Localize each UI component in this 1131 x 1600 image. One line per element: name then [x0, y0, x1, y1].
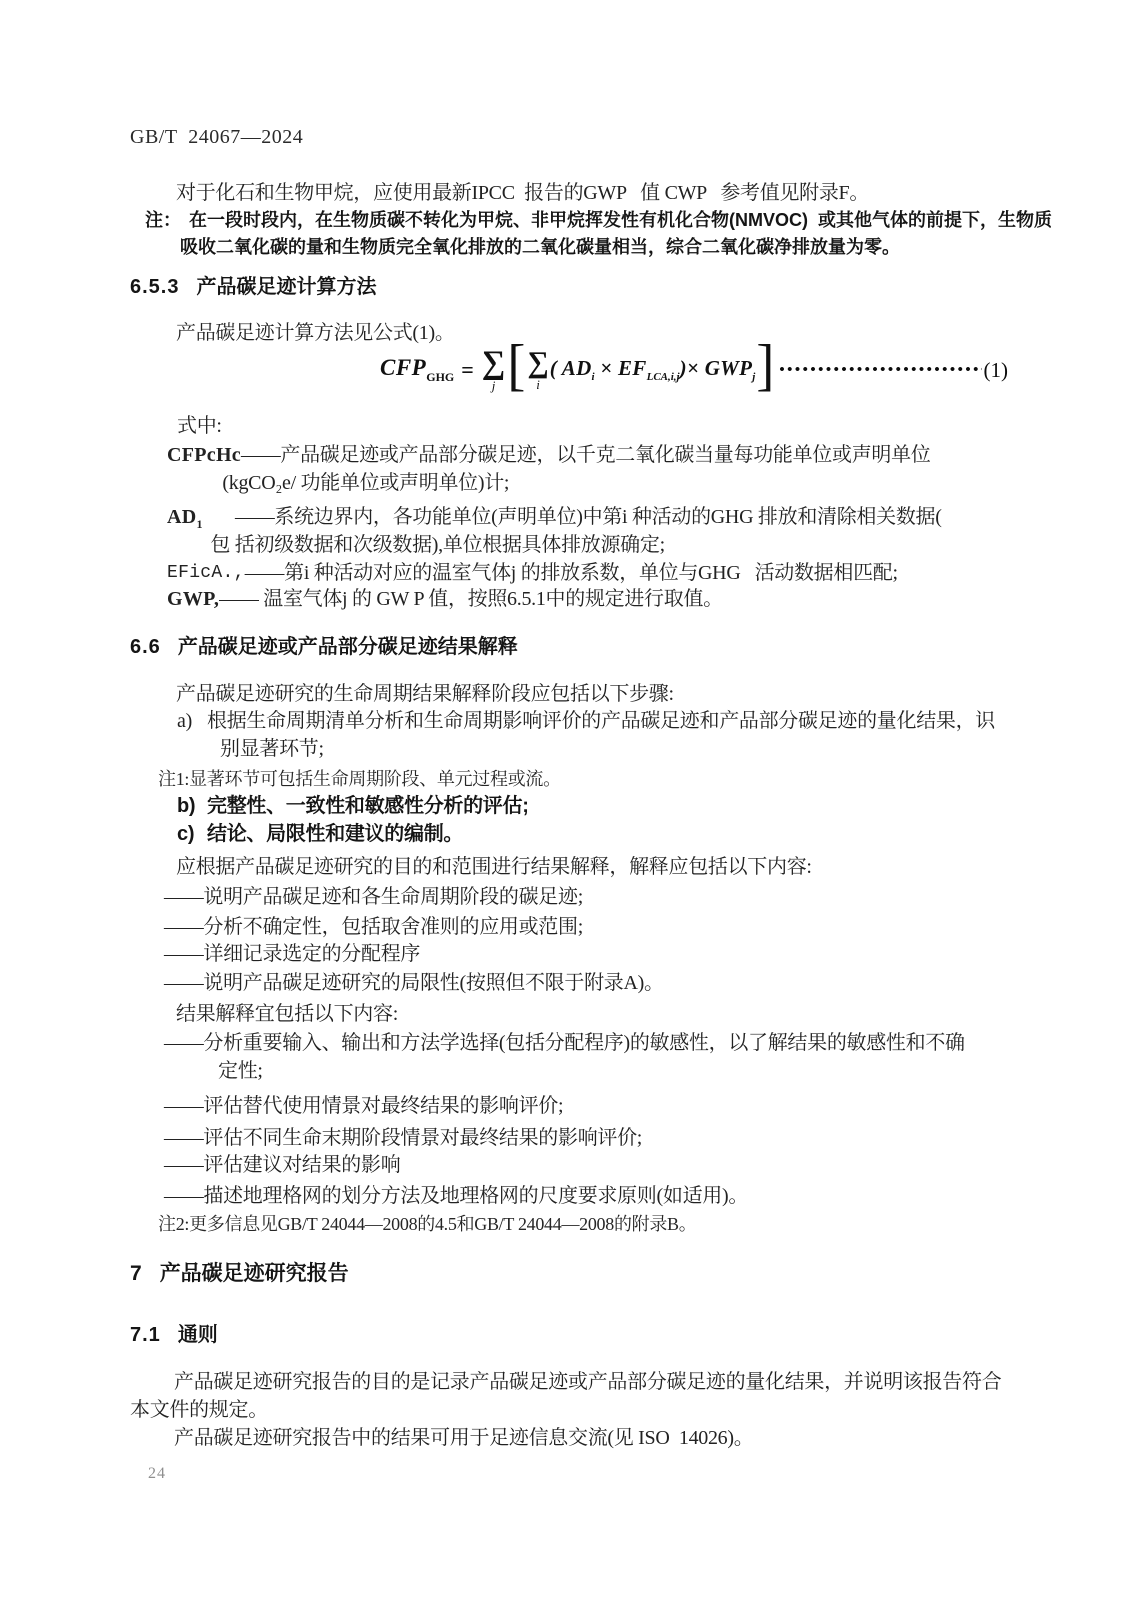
heading-title: 产品碳足迹研究报告 [160, 1262, 349, 1285]
formula-number: (1) [984, 358, 1009, 383]
dash-item-4: ——说明产品碳足迹研究的局限性(按照但不限于附录A)。 [164, 969, 664, 997]
def-text-ef: 第i 种活动对应的温室气体j 的排放系数，单位与GHG 活动数据相匹配; [284, 559, 898, 587]
where-label: 式中: [177, 412, 222, 440]
open-bracket: [ [507, 342, 525, 390]
heading-number: 6.5.3 [130, 276, 179, 298]
heading-title: 通则 [178, 1324, 218, 1346]
definition-cfp: CFPcHc——产品碳足迹或产品部分碳足迹，以千克二氧化碳当量每功能单位或声明单… [167, 441, 931, 497]
dash-item-2: ——分析不确定性，包括取舍准则的应用或范围; [164, 913, 583, 941]
item-c-label: c) [177, 820, 207, 848]
heading-number: 7 [130, 1262, 143, 1285]
heading-6-6: 6.6产品碳足迹或产品部分碳足迹结果解释 [130, 634, 518, 660]
heading-number: 7.1 [130, 1324, 161, 1346]
page-content: GB/T 24067—2024 对于化石和生物甲烷，应使用最新IPCC 报告的G… [130, 0, 1008, 1600]
intro-paragraph: 对于化石和生物甲烷，应使用最新IPCC 报告的GWP 值 CWP 参考值见附录F… [176, 179, 869, 207]
dash-item-5: ——分析重要输入、输出和方法学选择(包括分配程序)的敏感性，以了解结果的敏感性和… [164, 1029, 965, 1085]
equals-sign: = [461, 357, 474, 383]
dash-item-8: ——评估建议对结果的影响 [164, 1151, 400, 1179]
definition-ad: AD1——系统边界内，各功能单位(声明单位)中第i 种活动的GHG 排放和清除相… [167, 503, 942, 559]
definition-gwp: GWP,—— 温室气体j 的 GW P 值，按照6.5.1中的规定进行取值。 [167, 585, 723, 613]
para-7-1-line3: 产品碳足迹研究报告中的结果可用于足迹信息交流(见 ISO 14026)。 [174, 1424, 753, 1452]
note-2: 注2:更多信息见GB/T 24044—2008的4.5和GB/T 24044—2… [158, 1210, 696, 1236]
para-7-1-line1: 产品碳足迹研究报告的目的是记录产品碳足迹或产品部分碳足迹的量化结果，并说明该报告… [174, 1368, 1001, 1396]
list-item-b: b) 完整性、一致性和敏感性分析的评估; [177, 792, 529, 820]
heading-6-5-3: 6.5.3产品碳足迹计算方法 [130, 274, 376, 300]
item-a-label: a) [177, 707, 207, 763]
note-text-line1: 在一段时段内，在生物质碳不转化为甲烷、非甲烷挥发性有机化合物(NMVOC) 或其… [189, 210, 1052, 230]
dash-item-1: ——说明产品碳足迹和各生命周期阶段的碳足迹; [164, 883, 583, 911]
para-interpretation-shall: 应根据产品碳足迹研究的目的和范围进行结果解释，解释应包括以下内容: [176, 853, 812, 881]
item-c-text: 结论、局限性和建议的编制。 [207, 820, 463, 848]
close-bracket: ] [756, 342, 774, 390]
def-dash: —— [245, 559, 284, 587]
formula-lhs: CFPGHG [380, 355, 454, 385]
def-dash: —— [241, 441, 280, 469]
heading-title: 产品碳足迹计算方法 [196, 276, 376, 298]
heading-7-1: 7.1通则 [130, 1322, 218, 1348]
def-dash: —— [235, 503, 274, 531]
list-item-a: a) 根据生命周期清单分析和生命周期影响评价的产品碳足迹和产品部分碳足迹的量化结… [177, 707, 995, 763]
outer-sum-symbol: ∑j [482, 348, 506, 392]
dash-item-6: ——评估替代使用情景对最终结果的影响评价; [164, 1092, 563, 1120]
def-text-cfp: 产品碳足迹或产品部分碳足迹，以千克二氧化碳当量每功能单位或声明单位(kgCO₂e… [280, 441, 930, 497]
formula-dot-leader: •••••••••••••••••••••••••••••••••• [779, 362, 981, 379]
formula-expression: ( ADi × EFLCA,i,j)× GWPj [550, 356, 756, 383]
standard-number-header: GB/T 24067—2024 [130, 126, 303, 149]
inner-sum-symbol: ∑i [527, 349, 548, 391]
para-interpretation-should: 结果解释宜包括以下内容: [176, 1000, 398, 1028]
list-item-c: c) 结论、局限性和建议的编制。 [177, 820, 463, 848]
item-b-text: 完整性、一致性和敏感性分析的评估; [207, 792, 529, 820]
note-biogenic-line2: 吸收二氧化碳的量和生物质完全氧化排放的二氧化碳量相当，综合二氧化碳净排放量为零。 [180, 234, 900, 261]
page-number: 24 [148, 1465, 166, 1483]
def-text-ad: 系统边界内，各功能单位(声明单位)中第i 种活动的GHG 排放和清除相关数据(包… [274, 503, 941, 559]
dash-item-7: ——评估不同生命末期阶段情景对最终结果的影响评价; [164, 1124, 642, 1152]
item-b-label: b) [177, 792, 207, 820]
def-term-ef: EFicA., [167, 559, 245, 587]
item-a-text: 根据生命周期清单分析和生命周期影响评价的产品碳足迹和产品部分碳足迹的量化结果，识… [207, 707, 995, 763]
def-dash: —— [219, 585, 258, 613]
definition-ef: EFicA.,——第i 种活动对应的温室气体j 的排放系数，单位与GHG 活动数… [167, 559, 898, 587]
def-term-gwp: GWP, [167, 585, 219, 613]
dash-item-3: ——详细记录选定的分配程序 [164, 940, 420, 968]
note-label: 注： [145, 210, 181, 230]
def-text-gwp: 温室气体j 的 GW P 值，按照6.5.1中的规定进行取值。 [259, 585, 723, 613]
heading-number: 6.6 [130, 636, 161, 658]
note-1: 注1:显著环节可包括生命周期阶段、单元过程或流。 [158, 765, 561, 791]
para-7-1-line2: 本文件的规定。 [130, 1396, 268, 1424]
note-biogenic-line1: 注：在一段时段内，在生物质碳不转化为甲烷、非甲烷挥发性有机化合物(NMVOC) … [145, 207, 1052, 234]
def-term-cfp: CFPcHc [167, 441, 241, 469]
heading-title: 产品碳足迹或产品部分碳足迹结果解释 [178, 636, 518, 658]
heading-7: 7产品碳足迹研究报告 [130, 1261, 349, 1287]
formula-lhs-subscript: GHG [426, 370, 454, 384]
document-page: GB/T 24067—2024 对于化石和生物甲烷，应使用最新IPCC 报告的G… [0, 0, 1131, 1600]
equation-1: CFPGHG = ∑j [ ∑i ( ADi × EFLCA,i,j)× GWP… [380, 334, 1008, 406]
dash-item-9: ——描述地理格网的划分方法及地理格网的尺度要求原则(如适用)。 [164, 1182, 748, 1210]
para-6-6-intro: 产品碳足迹研究的生命周期结果解释阶段应包括以下步骤: [176, 680, 674, 708]
